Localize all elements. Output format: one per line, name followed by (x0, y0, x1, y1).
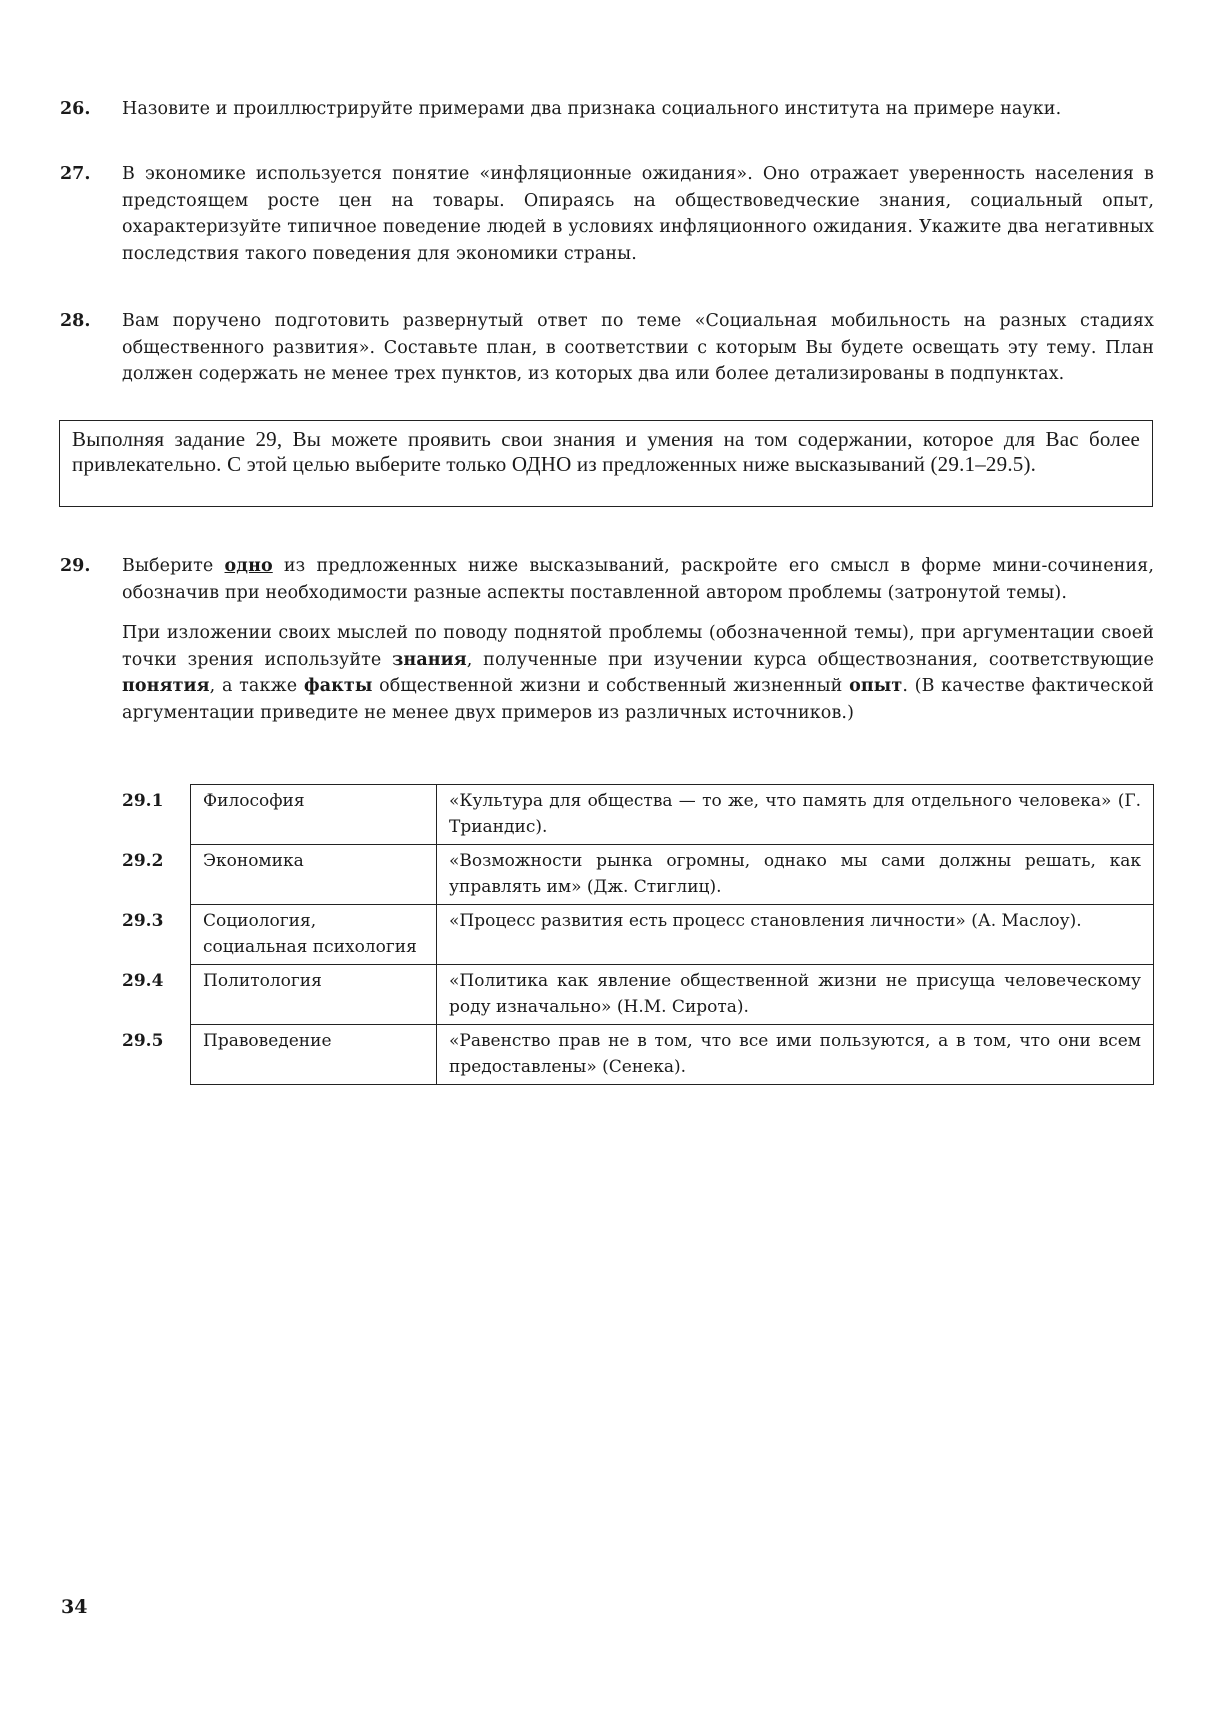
emphasis-one: одно (225, 556, 273, 576)
topic-quote: «Процесс развития есть процесс становлен… (437, 905, 1154, 965)
table-row: 29.3 Социология, социальная психология «… (120, 905, 1154, 965)
text-fragment: , полученные при изучении курса общество… (467, 650, 1154, 670)
task-number: 26. (60, 96, 90, 123)
topic-number: 29.2 (120, 845, 191, 905)
topic-subject: Политология (191, 965, 437, 1025)
table-row: 29.5 Правоведение «Равенство прав не в т… (120, 1025, 1154, 1085)
text-fragment: , а также (210, 676, 304, 696)
task-28: 28. Вам поручено подготовить развернутый… (60, 308, 1154, 388)
topic-subject: Социология, социальная психология (191, 905, 437, 965)
task-29-instruction: Выберите одно из предложенных ниже выска… (122, 553, 1154, 606)
task-29: 29. Выберите одно из предложенных ниже в… (60, 553, 1154, 726)
emphasis-facts: факты (304, 676, 373, 696)
topic-number: 29.1 (120, 785, 191, 845)
task-number: 28. (60, 308, 90, 335)
task-number: 29. (60, 553, 90, 580)
topic-subject: Экономика (191, 845, 437, 905)
task-text: В экономике используется понятие «инфляц… (122, 161, 1154, 267)
topic-quote: «Политика как явление общественной жизни… (437, 965, 1154, 1025)
emphasis-knowledge: знания (392, 650, 467, 670)
topic-quote: «Культура для общества — то же, что памя… (437, 785, 1154, 845)
text-fragment: общественной жизни и собственный жизненн… (372, 676, 849, 696)
table-row: 29.2 Экономика «Возможности рынка огромн… (120, 845, 1154, 905)
task-number: 27. (60, 161, 90, 188)
text-fragment: Выберите (122, 556, 225, 576)
topic-subject: Правоведение (191, 1025, 437, 1085)
topic-subject: Философия (191, 785, 437, 845)
task-29-guidance: При изложении своих мыслей по поводу под… (122, 620, 1154, 726)
emphasis-experience: опыт (849, 676, 902, 696)
task-26: 26. Назовите и проиллюстрируйте примерам… (60, 96, 1154, 123)
topic-number: 29.3 (120, 905, 191, 965)
task-text: Назовите и проиллюстрируйте примерами дв… (122, 96, 1154, 123)
notice-text: Выполняя задание 29, Вы можете проявить … (72, 427, 1140, 476)
essay-topics-table: 29.1 Философия «Культура для общества — … (120, 784, 1154, 1085)
topic-quote: «Равенство прав не в том, что все ими по… (437, 1025, 1154, 1085)
text-fragment: из предложенных ниже высказываний, раскр… (122, 556, 1154, 603)
topic-number: 29.5 (120, 1025, 191, 1085)
task-27: 27. В экономике используется понятие «ин… (60, 161, 1154, 267)
table-row: 29.4 Политология «Политика как явление о… (120, 965, 1154, 1025)
emphasis-concepts: понятия (122, 676, 210, 696)
topic-quote: «Возможности рынка огромны, однако мы са… (437, 845, 1154, 905)
exam-page: 26. Назовите и проиллюстрируйте примерам… (0, 0, 1216, 1712)
topic-number: 29.4 (120, 965, 191, 1025)
task-29-notice-box: Выполняя задание 29, Вы можете проявить … (59, 420, 1153, 507)
task-text: Вам поручено подготовить развернутый отв… (122, 308, 1154, 388)
page-number: 34 (61, 1596, 87, 1618)
table-row: 29.1 Философия «Культура для общества — … (120, 785, 1154, 845)
